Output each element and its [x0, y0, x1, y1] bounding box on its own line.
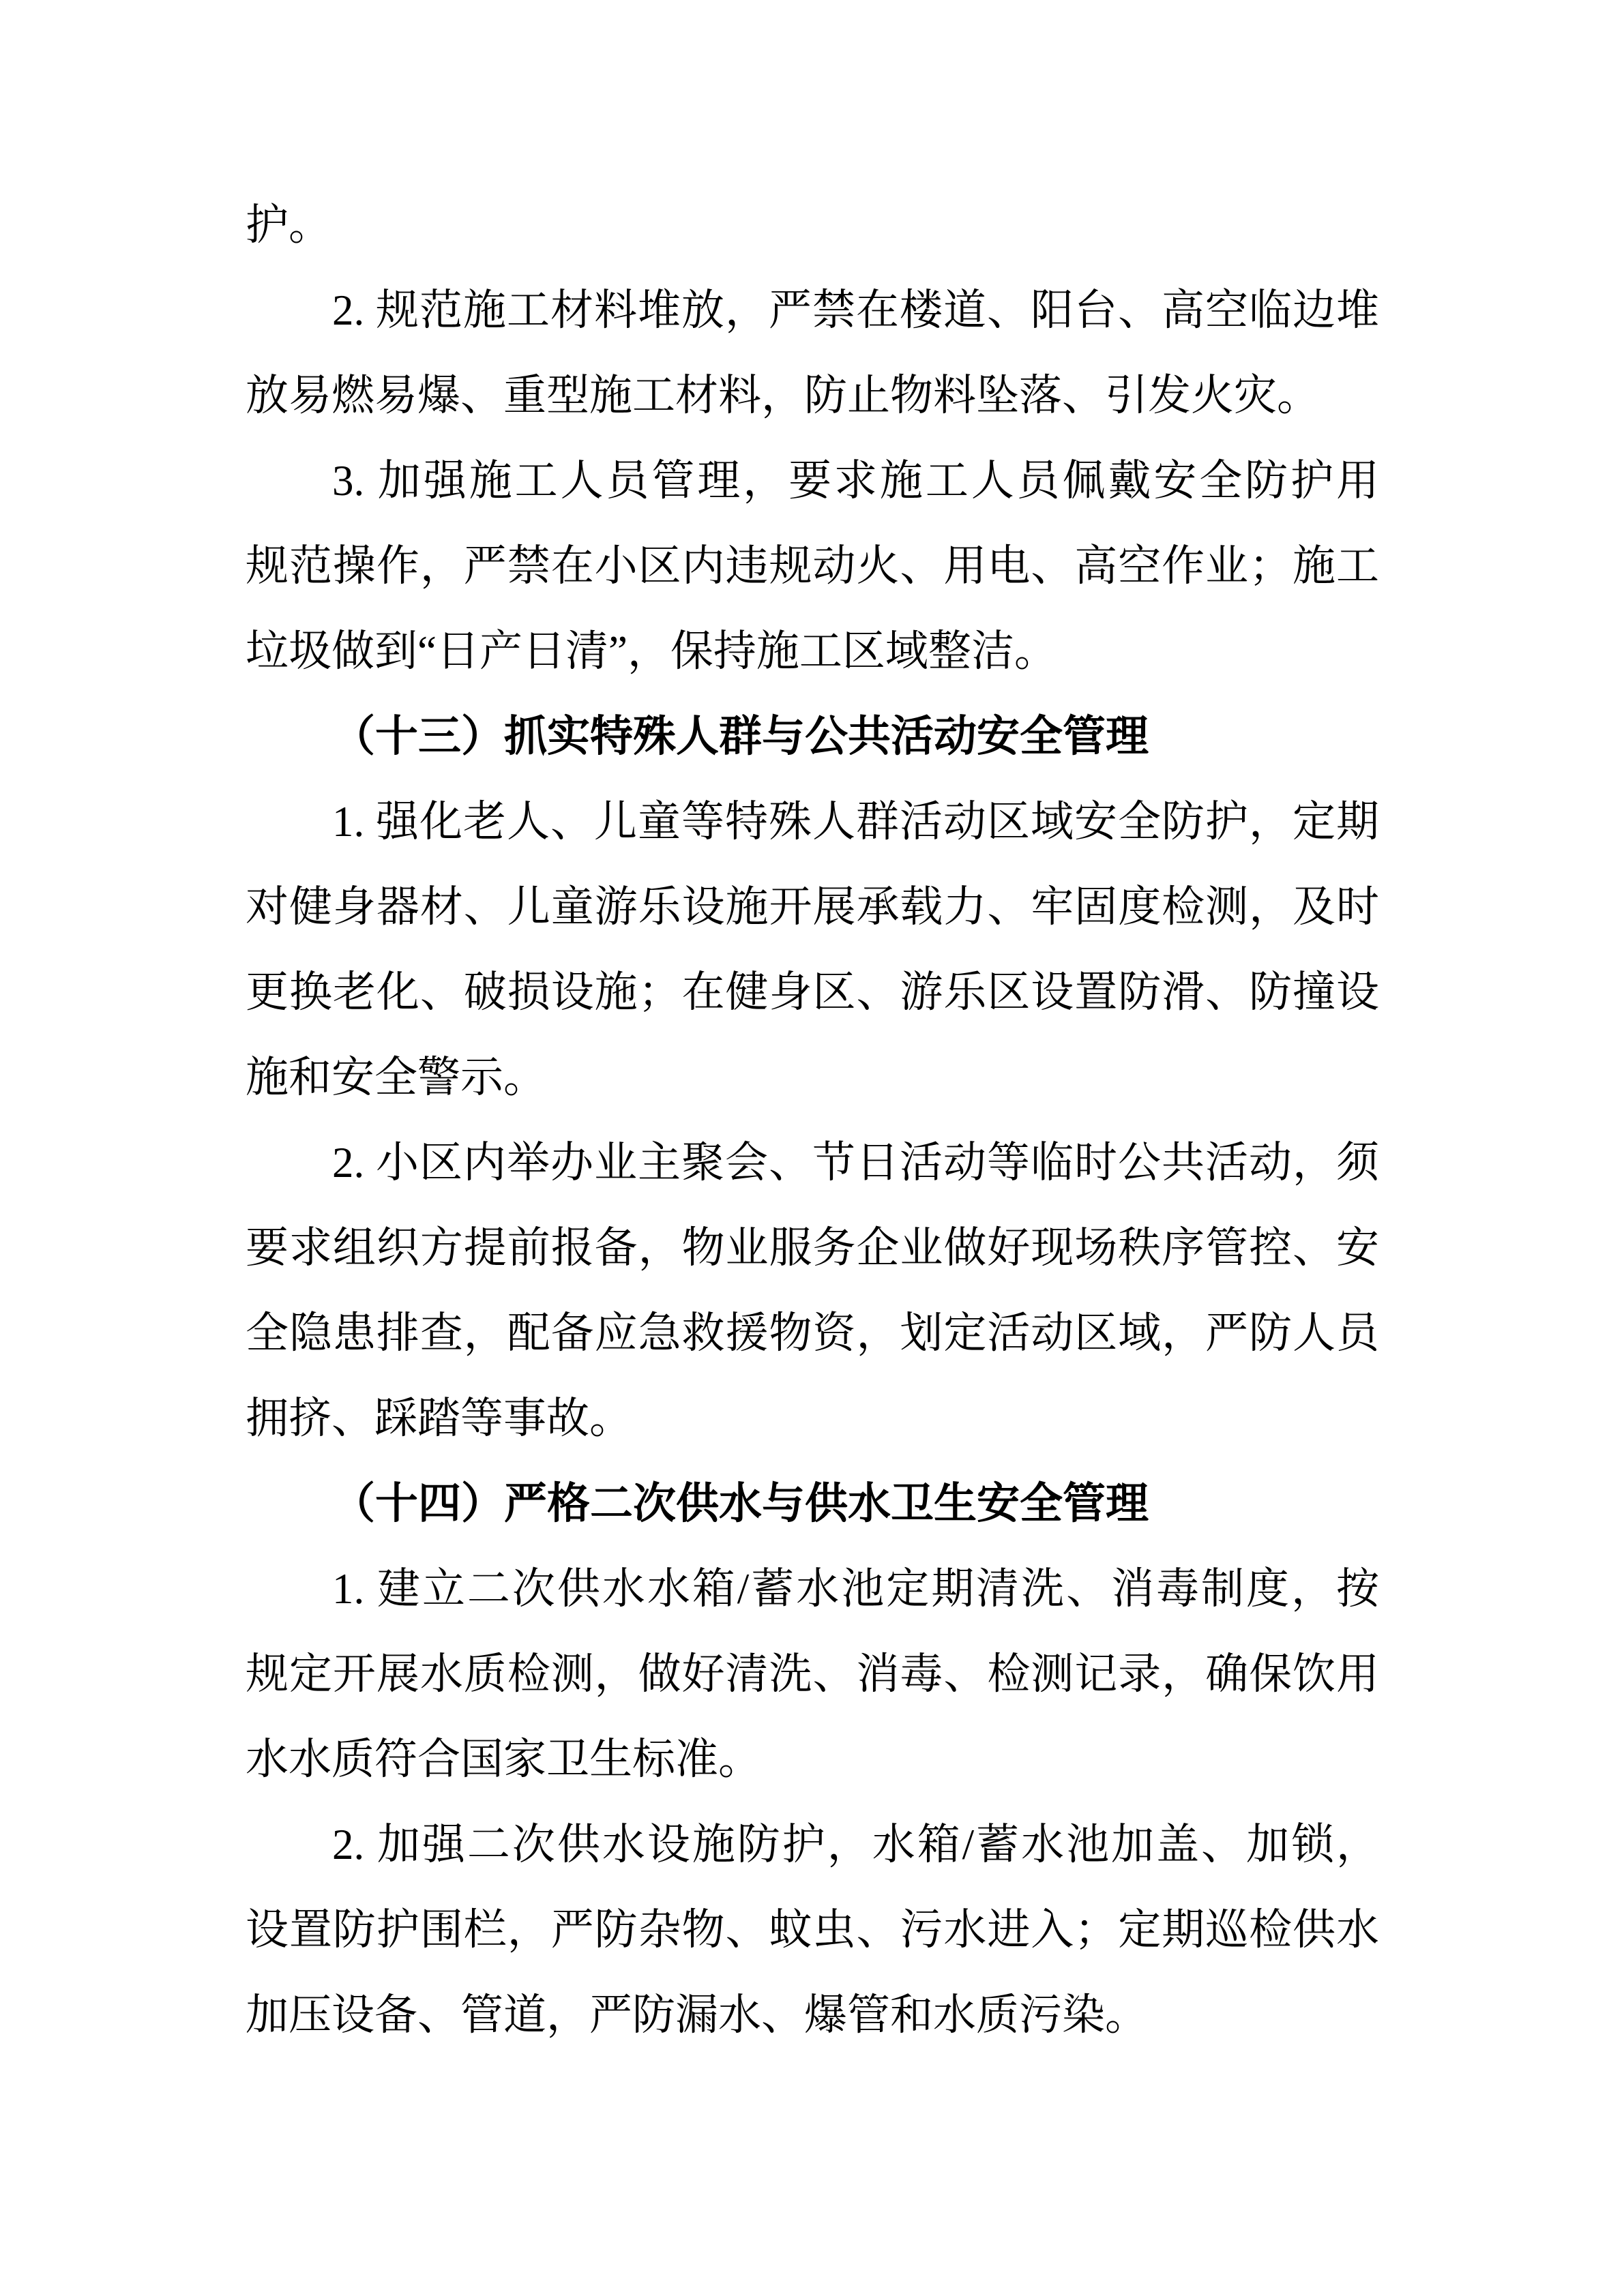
text-line: 规定开展水质检测，做好清洗、消毒、检测记录，确保饮用 [246, 1632, 1379, 1717]
text-line: 施和安全警示。 [246, 1035, 1379, 1120]
text-line: 3. 加强施工人员管理，要求施工人员佩戴安全防护用具、 [246, 438, 1379, 524]
text-block: 护。 2. 规范施工材料堆放，严禁在楼道、阳台、高空临边堆 放易燃易爆、重型施工… [246, 183, 1379, 2058]
text-line: 护。 [246, 183, 1379, 268]
text-line: 加压设备、管道，严防漏水、爆管和水质污染。 [246, 1973, 1379, 2058]
section-heading: （十四）严格二次供水与供水卫生安全管理 [246, 1461, 1379, 1547]
text-line: 更换老化、破损设施；在健身区、游乐区设置防滑、防撞设 [246, 950, 1379, 1035]
text-line: 要求组织方提前报备，物业服务企业做好现场秩序管控、安 [246, 1206, 1379, 1291]
text-line: 放易燃易爆、重型施工材料，防止物料坠落、引发火灾。 [246, 353, 1379, 438]
text-line: 对健身器材、儿童游乐设施开展承载力、牢固度检测，及时 [246, 865, 1379, 950]
text-line: 水水质符合国家卫生标准。 [246, 1717, 1379, 1802]
text-line: 2. 小区内举办业主聚会、节日活动等临时公共活动，须 [246, 1120, 1379, 1206]
text-line: 全隐患排查，配备应急救援物资，划定活动区域，严防人员 [246, 1291, 1379, 1376]
text-line: 设置防护围栏，严防杂物、蚊虫、污水进入；定期巡检供水 [246, 1888, 1379, 1973]
text-line: 1. 建立二次供水水箱/蓄水池定期清洗、消毒制度，按 [246, 1547, 1379, 1632]
text-line: 1. 强化老人、儿童等特殊人群活动区域安全防护，定期 [246, 779, 1379, 865]
text-line: 规范操作，严禁在小区内违规动火、用电、高空作业；施工 [246, 524, 1379, 609]
text-line: 2. 规范施工材料堆放，严禁在楼道、阳台、高空临边堆 [246, 268, 1379, 353]
document-page: 护。 2. 规范施工材料堆放，严禁在楼道、阳台、高空临边堆 放易燃易爆、重型施工… [0, 0, 1624, 2296]
text-line: 垃圾做到“日产日清”，保持施工区域整洁。 [246, 609, 1379, 694]
section-heading: （十三）抓实特殊人群与公共活动安全管理 [246, 694, 1379, 779]
text-line: 拥挤、踩踏等事故。 [246, 1376, 1379, 1461]
text-line: 2. 加强二次供水设施防护，水箱/蓄水池加盖、加锁， [246, 1802, 1379, 1888]
